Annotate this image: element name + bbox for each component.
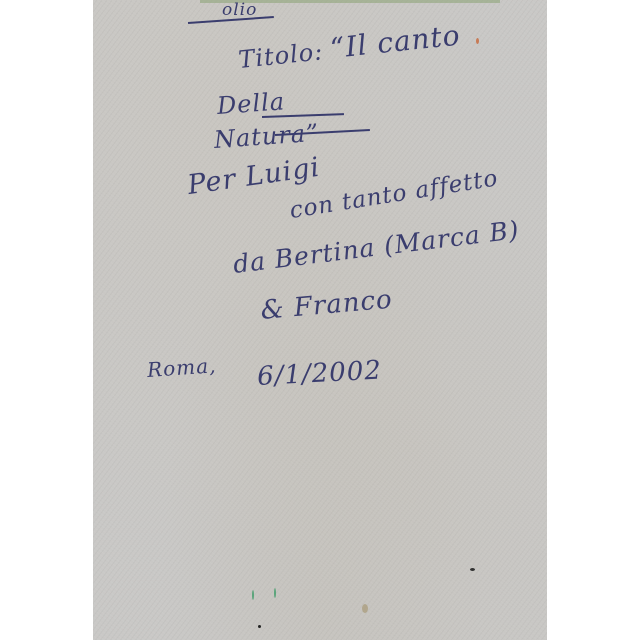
ink-speck: [470, 568, 475, 571]
ink-speck: [258, 625, 261, 628]
ink-speck: [274, 588, 276, 598]
stain: [362, 604, 368, 613]
ink-speck: [476, 38, 479, 44]
ink-speck: [252, 590, 254, 600]
place: Roma,: [146, 353, 217, 382]
